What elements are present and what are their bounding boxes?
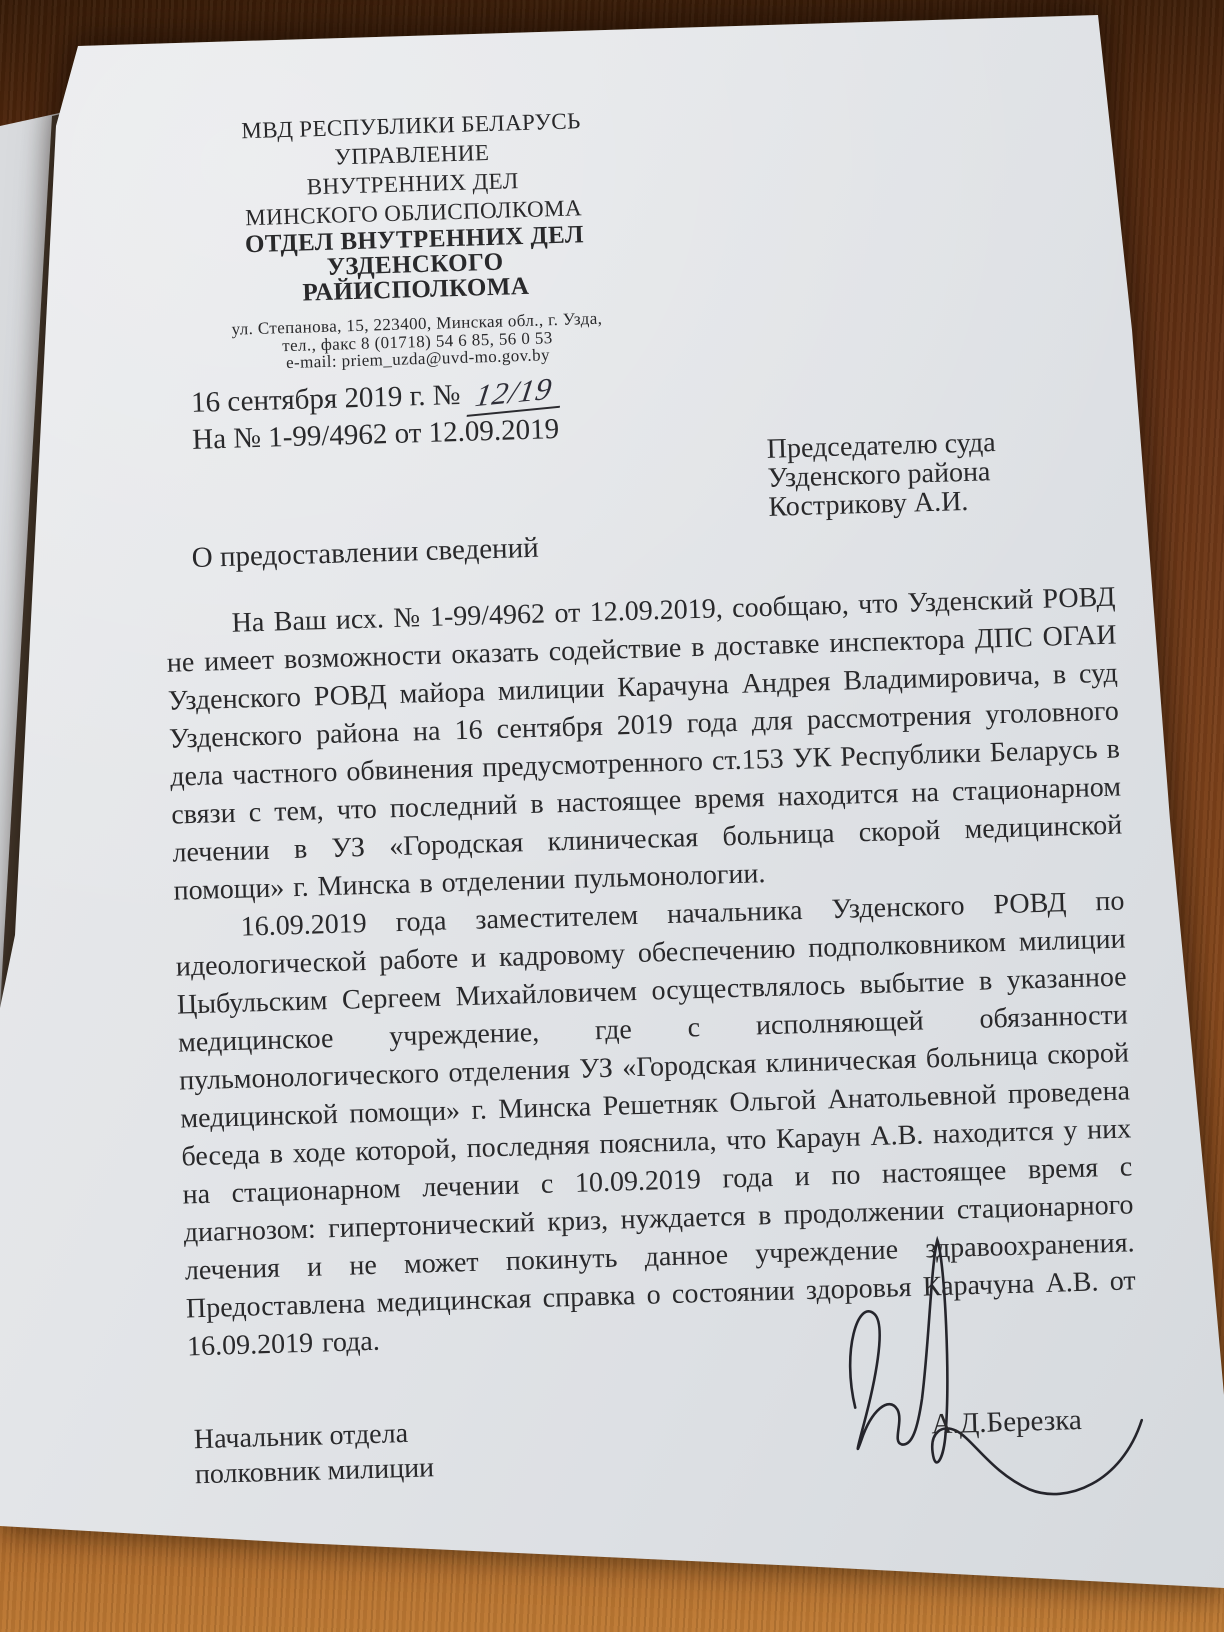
signer-position: Начальник отдела полковник милиции — [193, 1415, 434, 1492]
recipient-line: Кострикову А.И. — [768, 486, 998, 522]
photo-of-document: { "letterhead": { "org_lines": [ "МВД РЕ… — [0, 0, 1224, 1632]
outgoing-date-prefix: 16 сентября 2019 г. № — [191, 379, 461, 419]
recipient-block: Председателю суда Узденского района Кост… — [766, 428, 997, 522]
letter-paper: МВД РЕСПУБЛИКИ БЕЛАРУСЬ УПРАВЛЕНИЕ ВНУТР… — [0, 0, 1224, 1632]
handwritten-signature-icon — [790, 1224, 1168, 1525]
reference-block: 16 сентября 2019 г. №12/19 На № 1-99/496… — [191, 373, 564, 458]
subject-line: О предоставлении сведений — [191, 532, 539, 575]
handwritten-doc-number: 12/19 — [467, 370, 565, 417]
letter-content: МВД РЕСПУБЛИКИ БЕЛАРУСЬ УПРАВЛЕНИЕ ВНУТР… — [150, 67, 1145, 1545]
paper-wrapper: МВД РЕСПУБЛИКИ БЕЛАРУСЬ УПРАВЛЕНИЕ ВНУТР… — [0, 0, 1224, 1632]
letterhead: МВД РЕСПУБЛИКИ БЕЛАРУСЬ УПРАВЛЕНИЕ ВНУТР… — [176, 104, 653, 374]
letterhead-address: ул. Степанова, 15, 223400, Минская обл.,… — [182, 308, 653, 374]
signature-position-line: полковник милиции — [194, 1450, 434, 1492]
body-paragraph: На Ваш исх. № 1-99/4962 от 12.09.2019, с… — [165, 579, 1124, 911]
signer-name: А.Д.Березка — [931, 1394, 1141, 1441]
